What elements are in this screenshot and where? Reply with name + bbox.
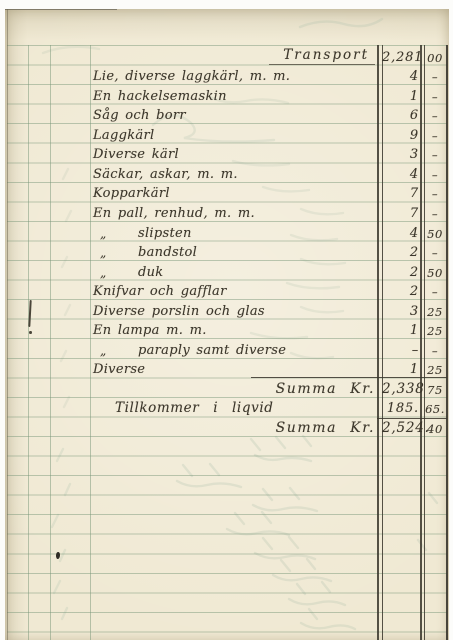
ledger-row: Lie, diverse laggkärl, m. m.4– [5, 66, 449, 86]
kronor-value: – [382, 343, 419, 358]
item-label: Knifvar och gafflar [93, 284, 227, 299]
kronor-value: 2,338 [382, 381, 419, 397]
item-label: En lampa m. m. [93, 323, 207, 338]
ditto-mark: „ [100, 266, 106, 280]
item-label: Kopparkärl [93, 186, 170, 201]
item-label: Diverse kärl [93, 147, 179, 162]
ditto-mark: „ [100, 344, 106, 358]
ore-value: 50 [425, 227, 445, 241]
ore-value: 50 [425, 266, 445, 280]
scan-background: Transport2,28100Lie, diverse laggkärl, m… [0, 0, 453, 640]
item-label: Säckar, askar, m. m. [93, 167, 238, 182]
item-label: paraply samt diverse [138, 343, 286, 358]
ore-value: 25 [425, 324, 445, 338]
ore-value: – [425, 344, 445, 358]
ledger-row: Såg och borr6– [5, 105, 449, 125]
ditto-mark: „ [100, 227, 106, 241]
item-label: slipsten [138, 226, 192, 241]
ledger-row: Diverse125 [5, 359, 449, 379]
item-label: En pall, renhud, m. m. [93, 206, 255, 221]
ore-value: – [425, 148, 445, 162]
ledger-row: Diverse porslin och glas325 [5, 300, 449, 320]
item-label: Lie, diverse laggkärl, m. m. [93, 69, 290, 84]
ore-value: 25 [425, 305, 445, 319]
item-label: Diverse porslin och glas [93, 304, 265, 319]
ore-value: – [425, 70, 445, 84]
kronor-value: 2 [382, 284, 419, 299]
kronor-value: 3 [382, 304, 419, 319]
ledger-row: „bandstol2– [5, 242, 449, 262]
ore-value: – [425, 207, 445, 221]
ditto-mark: „ [100, 246, 106, 260]
ore-value: 65. [425, 402, 445, 416]
ledger-page: Transport2,28100Lie, diverse laggkärl, m… [5, 9, 449, 640]
ledger-row: Summa Kr.2,33875 [5, 378, 449, 398]
ledger-row: En pall, renhud, m. m.7– [5, 202, 449, 222]
summa-rule-line [251, 377, 447, 378]
ledger-row: „slipsten450 [5, 222, 449, 242]
kronor-value: 7 [382, 206, 419, 221]
ore-value: – [425, 109, 445, 123]
kronor-value: 1 [382, 362, 419, 377]
kronor-value: 185. [382, 401, 419, 416]
kronor-value: 4 [382, 167, 419, 182]
ink-dot [29, 331, 32, 334]
kronor-value: 2,524. [382, 420, 419, 436]
item-label: Summa Kr. [276, 381, 375, 397]
kronor-value: 7 [382, 186, 419, 201]
ore-value: 40 [425, 422, 445, 436]
kronor-value: 2 [382, 265, 419, 280]
item-label: duk [138, 265, 163, 280]
ore-value: – [425, 187, 445, 201]
item-label: Såg och borr [93, 108, 186, 123]
ledger-row: Laggkärl9– [5, 124, 449, 144]
ledger-row: En hackelsemaskin1– [5, 85, 449, 105]
ledger-row: „paraply samt diverse–– [5, 339, 449, 359]
ledger-row: Transport2,28100 [5, 46, 449, 66]
item-label: Diverse [93, 362, 145, 377]
ledger-row: „duk250 [5, 261, 449, 281]
kronor-value: 6 [382, 108, 419, 123]
ledger-row: Knifvar och gafflar2– [5, 281, 449, 301]
ledger-row: Diverse kärl3– [5, 144, 449, 164]
kronor-value: 9 [382, 128, 419, 143]
kronor-value: 1 [382, 89, 419, 104]
kronor-value: 4 [382, 69, 419, 84]
item-label: Transport [269, 47, 375, 65]
item-label: bandstol [138, 245, 197, 260]
kronor-value: 2 [382, 245, 419, 260]
kronor-value: 3 [382, 147, 419, 162]
liqvid-underline [377, 418, 447, 419]
ore-value: – [425, 246, 445, 260]
ore-value: 75 [425, 383, 445, 397]
ledger-row: Kopparkärl7– [5, 183, 449, 203]
item-label: Summa Kr. [276, 420, 375, 436]
ledger-rows: Transport2,28100Lie, diverse laggkärl, m… [5, 9, 449, 640]
ledger-row: Tillkommer i liqvid185.65. [5, 398, 449, 418]
ledger-row: En lampa m. m.125 [5, 320, 449, 340]
item-label: Laggkärl [93, 128, 154, 143]
ore-value: – [425, 90, 445, 104]
item-label: En hackelsemaskin [93, 89, 227, 104]
item-label: Tillkommer i liqvid [115, 400, 273, 416]
ore-value: – [425, 168, 445, 182]
ore-value: – [425, 129, 445, 143]
kronor-value: 4 [382, 226, 419, 241]
ore-value: – [425, 285, 445, 299]
kronor-value: 2,281 [382, 50, 419, 65]
ledger-row: Säckar, askar, m. m.4– [5, 163, 449, 183]
ore-value: 00 [425, 51, 445, 65]
ore-value: 25 [425, 363, 445, 377]
kronor-value: 1 [382, 323, 419, 338]
ledger-row: Summa Kr.2,524.40 [5, 417, 449, 437]
